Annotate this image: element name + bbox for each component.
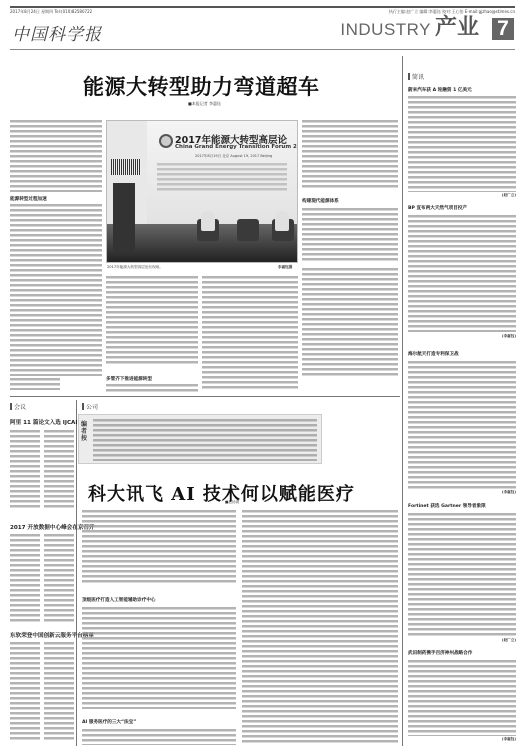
forum-title-en: China Grand Energy Transition Forum 2 xyxy=(175,144,297,150)
company-subhead-1: 顶级医疗打造人工智能辅助诊疗中心 xyxy=(82,597,156,603)
section-title-cn: 产业 xyxy=(435,17,479,39)
editor-note-text xyxy=(93,419,317,461)
company-section-label: 公司 xyxy=(82,402,98,411)
sidebar-item-text xyxy=(408,96,516,192)
lead-body-text xyxy=(10,204,102,376)
chair xyxy=(237,219,259,241)
company-subhead-2: AI 服务医疗的三大“法宝” xyxy=(82,719,136,725)
forum-logo-icon xyxy=(159,134,173,148)
sidebar-item-headline: 海尔航天打造专利保卫战 xyxy=(408,351,459,357)
lead-body-text xyxy=(106,276,198,364)
sidebar-divider xyxy=(402,56,403,746)
photo-caption: 2017年能源大转型高层论坛现场。 xyxy=(107,265,163,270)
section-title-en: INDUSTRY xyxy=(340,21,431,39)
lead-subhead-2: 构建现代能源体系 xyxy=(302,198,339,204)
date-line: 2017年8月24日 星期四 Tel:(010)82580722 xyxy=(10,9,92,15)
forum-photo: 2017年能源大转型高层论 China Grand Energy Transit… xyxy=(106,120,298,263)
company-body-text xyxy=(242,510,398,745)
page-number: 7 xyxy=(492,18,514,40)
top-info-bar: 2017年8月24日 星期四 Tel:(010)82580722 执行主编:赵广… xyxy=(10,6,515,14)
meeting-article-text xyxy=(10,642,40,742)
sidebar-item-headline: BP 宣布两大天然气项目投产 xyxy=(408,205,467,211)
lead-byline: ■本报记者 李惠钰 xyxy=(188,101,221,107)
meeting-article-headline: 阿里 11 篇论文入选 IJCAI2017 xyxy=(10,418,74,426)
company-headline: 科大讯飞 AI 技术何以赋能医疗 xyxy=(88,480,355,506)
lead-body-text xyxy=(10,120,102,192)
company-body-text xyxy=(82,729,236,745)
sidebar-item-text xyxy=(408,361,516,489)
meeting-article-headline: 2017 开放数据中心峰会在京召开 xyxy=(10,523,74,531)
lead-body-text xyxy=(202,276,298,390)
sidebar-item-credit: (李惠钰) xyxy=(470,737,516,742)
lead-bottom-rule xyxy=(10,396,400,397)
header-rule xyxy=(10,49,515,50)
sidebar-item-credit: (李惠钰) xyxy=(470,490,516,495)
editor-note-tag: 编者按 xyxy=(81,421,90,442)
editor-note-box: 编者按 xyxy=(78,414,322,464)
meetings-section-label-text: 会议 xyxy=(14,402,26,411)
photo-credit: 李惠钰摄 xyxy=(278,265,292,270)
sidebar-item-text xyxy=(408,513,516,637)
lead-subhead-1: 能源转型过程加速 xyxy=(10,196,47,202)
meeting-article-text xyxy=(10,534,40,624)
section-title: INDUSTRY 产业 xyxy=(340,17,484,39)
sidebar-item-credit: (赵广立) xyxy=(470,638,516,643)
sidebar-item-text xyxy=(408,215,516,332)
meeting-article-text xyxy=(44,642,74,742)
person xyxy=(275,211,289,231)
sidebar-section-label: 简讯 xyxy=(408,72,424,81)
podium xyxy=(113,183,135,253)
sidebar-item-headline: 蔚来汽车获 A 轮融资 1 亿美元 xyxy=(408,87,472,93)
meeting-article-text xyxy=(44,534,74,624)
person xyxy=(201,211,215,231)
sidebar-item-credit: (赵广立) xyxy=(470,193,516,198)
lead-subhead-3: 多管齐下推进能源转型 xyxy=(106,376,152,382)
lead-body-text xyxy=(302,208,398,262)
meetings-section-label: 会议 xyxy=(10,402,26,411)
forum-date: 2017年8月19日 北京 August 19, 2017 Beijing xyxy=(195,154,272,159)
company-byline: ■赵扬漠 xyxy=(225,500,239,505)
sidebar-section-label-text: 简讯 xyxy=(412,72,424,81)
sidebar-item-headline: Fortinet 获选 Gartner 领导者象限 xyxy=(408,503,486,509)
meetings-divider xyxy=(76,400,77,746)
lead-body-text xyxy=(302,120,398,190)
meeting-article-text xyxy=(10,430,40,510)
lead-body-text xyxy=(106,384,198,394)
sidebar-item-headline: 武田制药携手百济神州战略合作 xyxy=(408,650,472,656)
company-body-text xyxy=(82,510,236,584)
banner-text xyxy=(157,163,287,193)
decorative-barcode xyxy=(111,159,141,175)
masthead-logo: 中国科学报 xyxy=(12,20,102,45)
meeting-article-headline: 东软荣登中国创新云服务平台榜单 xyxy=(10,631,74,639)
lead-body-text xyxy=(10,378,60,390)
lead-body-text xyxy=(302,268,398,378)
company-section-label-text: 公司 xyxy=(86,402,98,411)
lead-headline: 能源大转型助力弯道超车 xyxy=(83,71,320,101)
meeting-article-text xyxy=(44,430,74,510)
sidebar-item-credit: (李惠钰) xyxy=(470,334,516,339)
sidebar-item-text xyxy=(408,660,516,736)
company-body-text xyxy=(82,607,236,709)
